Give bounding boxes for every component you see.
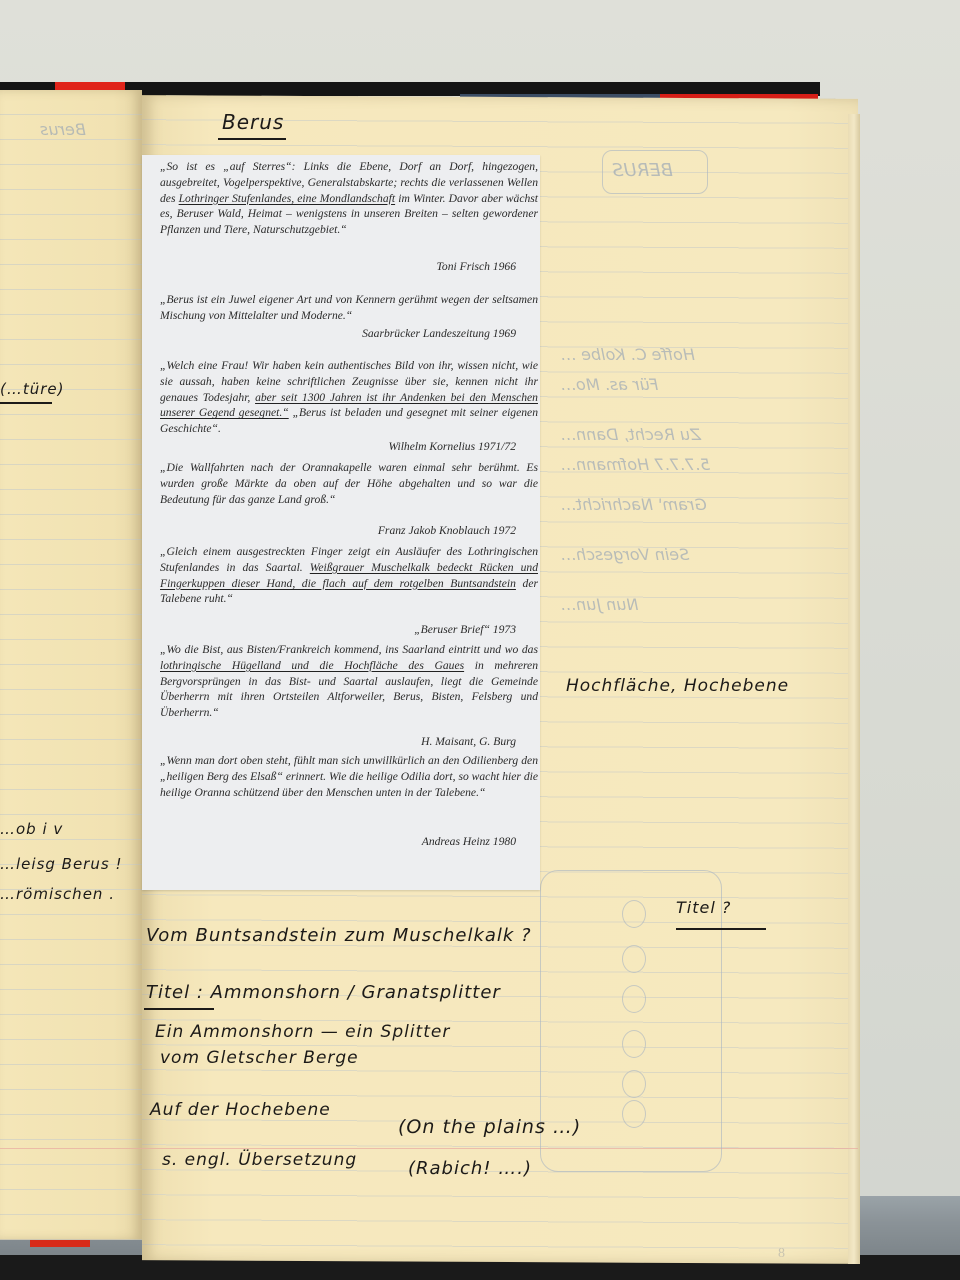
handwritten-line: (On the plains …) [398, 1116, 581, 1138]
quote-heinz: „Wenn man dort oben steht, fühlt man sic… [160, 753, 538, 800]
handwritten-titel-question: Titel ? [676, 898, 731, 917]
quote-source: Toni Frisch 1966 [437, 260, 516, 273]
left-page-note: (…türe) [0, 380, 65, 398]
quote-source: „Beruser Brief“ 1973 [414, 623, 516, 636]
page-number: 8 [778, 1246, 785, 1262]
ghost-number-circle [622, 945, 646, 973]
quote-knoblauch: „Die Wallfahrten nach der Orannakapelle … [160, 460, 538, 507]
quote-beruser-brief: „Gleich einem ausgestreckten Finger zeig… [160, 544, 538, 607]
heading-underline [218, 138, 286, 140]
handwritten-line: Ein Ammonshorn — ein Splitter [155, 1022, 450, 1042]
page-edge-stack [848, 114, 860, 1264]
left-page-note: …ob i v [0, 820, 63, 838]
ghost-line: Nun Jun… [560, 595, 638, 614]
red-margin-line [0, 1148, 858, 1149]
titel-underline [144, 1008, 214, 1010]
ghost-number-circle [622, 1030, 646, 1058]
quote-maisant-burg: „Wo die Bist, aus Bisten/Frankreich komm… [160, 642, 538, 721]
quote-source: Saarbrücker Landeszeitung 1969 [362, 327, 516, 340]
quote-frisch: „So ist es „auf Sterres“: Links die Eben… [160, 159, 538, 238]
handwritten-line: Auf der Hochebene [150, 1100, 331, 1120]
quote-source: Andreas Heinz 1980 [422, 835, 516, 848]
ghost-line: Zu Recht, Dann… [560, 425, 701, 444]
left-page-underline [0, 402, 52, 404]
ghost-number-circle [622, 985, 646, 1013]
left-page-ghost: Berus [40, 120, 86, 139]
handwritten-line: s. engl. Übersetzung [162, 1150, 357, 1170]
quote-source: Franz Jakob Knoblauch 1972 [378, 524, 516, 537]
quote-kornelius: „Welch eine Frau! Wir haben kein authent… [160, 358, 538, 437]
quote-source: H. Maisant, G. Burg [421, 735, 516, 748]
handwritten-line: (Rabich! ….) [408, 1158, 532, 1179]
heading-berus: Berus [222, 110, 284, 134]
ghost-number-circle [622, 1070, 646, 1098]
left-page [0, 90, 142, 1240]
left-page-note: …leisg Berus ! [0, 855, 122, 873]
handwritten-line: vom Gletscher Berge [160, 1048, 359, 1068]
quote-source: Wilhelm Kornelius 1971/72 [388, 440, 516, 453]
ghost-line: 5.7.7.7 Hofmann… [560, 455, 710, 474]
titel-question-underline [676, 928, 766, 930]
ghost-line: Gram' Nachricht… [560, 495, 707, 514]
ghost-line: Für as. Mo… [560, 375, 658, 394]
ghost-line: Sein Vorgesch… [560, 545, 689, 564]
quote-landeszeitung: „Berus ist ein Juwel eigener Art und von… [160, 292, 538, 324]
ghost-stamp-text: BERUS [612, 160, 673, 181]
left-page-note: …römischen . [0, 885, 115, 903]
printed-clipping: „So ist es „auf Sterres“: Links die Eben… [142, 155, 540, 890]
ghost-line: Hoffe C. Kolbe … [560, 345, 695, 364]
ghost-number-circle [622, 1100, 646, 1128]
handwritten-line: Titel : Ammonshorn / Granatsplitter [146, 982, 501, 1003]
ghost-number-circle [622, 900, 646, 928]
handwritten-line: Vom Buntsandstein zum Muschelkalk ? [146, 925, 532, 946]
handwritten-margin-note: Hochfläche, Hochebene [566, 676, 789, 696]
